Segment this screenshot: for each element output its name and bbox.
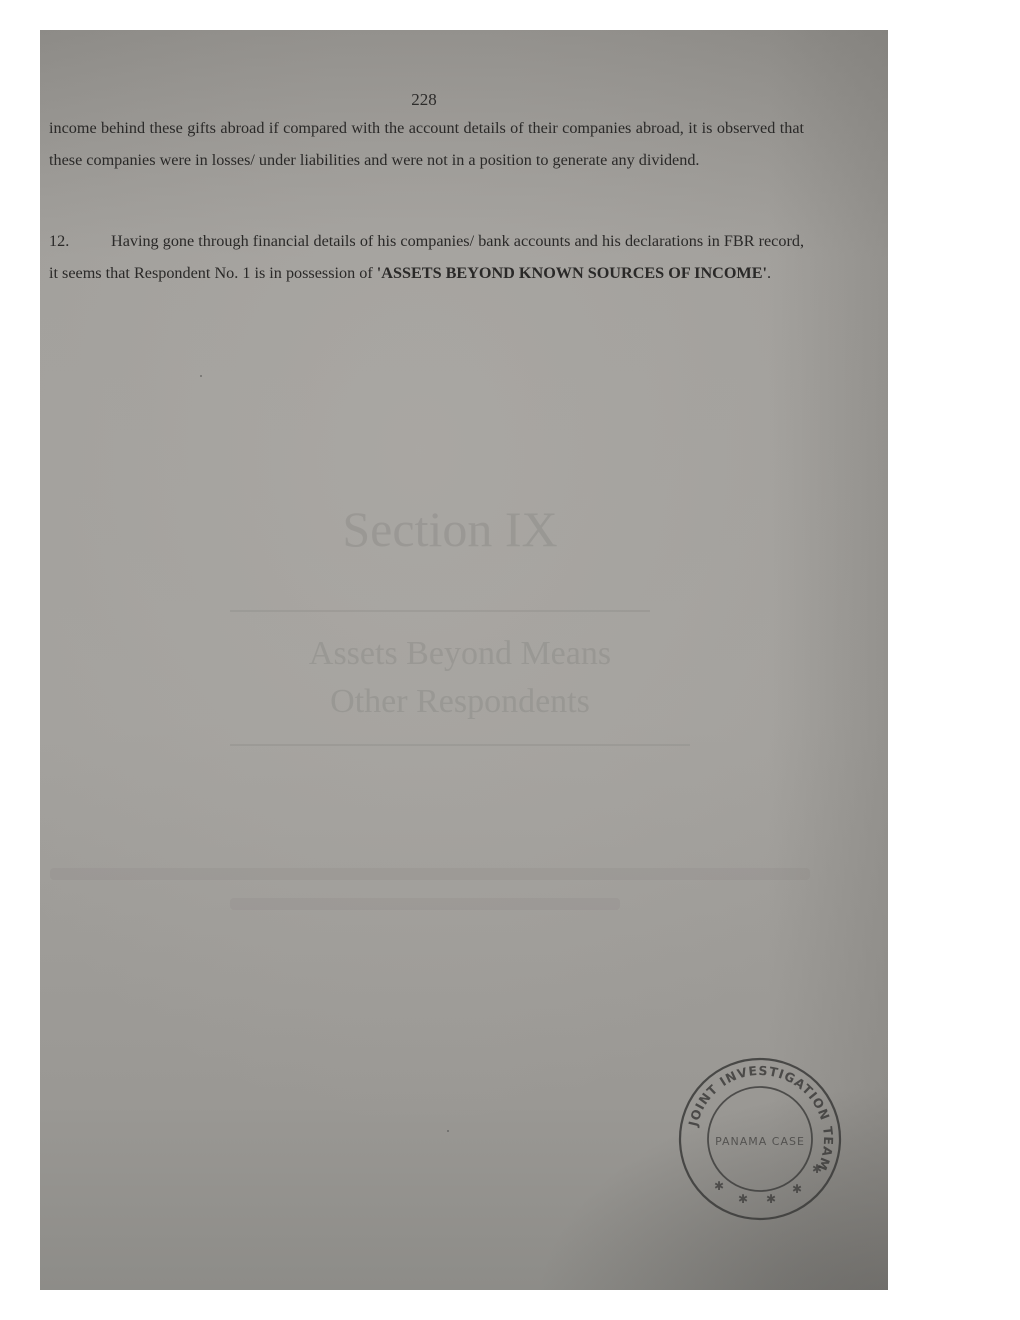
bleed-through-subtitle: Assets Beyond Means Other Respondents [200, 630, 720, 726]
bleed-through-text-line [50, 868, 810, 880]
svg-text:✱: ✱ [738, 1192, 748, 1206]
bleed-through-rule [230, 744, 690, 746]
svg-text:✱: ✱ [714, 1179, 724, 1193]
paper-speck [200, 375, 202, 377]
jit-stamp: JOINT INVESTIGATION TEAM PANAMA CASE ✱ ✱… [676, 1055, 844, 1223]
bleed-through-subtitle-line-2: Other Respondents [200, 678, 720, 726]
paragraph-number: 12. [49, 225, 111, 257]
bleed-through-subtitle-line-1: Assets Beyond Means [200, 630, 720, 678]
svg-text:✱: ✱ [792, 1182, 802, 1196]
paper-speck [447, 1130, 449, 1132]
paragraph-trailing: . [767, 264, 771, 282]
page-number: 228 [40, 90, 808, 110]
scanned-page-photo: 228 income behind these gifts abroad if … [40, 30, 888, 1290]
stamp-seal-icon: JOINT INVESTIGATION TEAM PANAMA CASE ✱ ✱… [676, 1055, 844, 1223]
bleed-through-text-line [230, 898, 620, 910]
bleed-through-rule [230, 610, 650, 612]
paragraph-12: 12.Having gone through financial details… [49, 225, 804, 289]
paragraph-continuation: income behind these gifts abroad if comp… [49, 112, 804, 176]
bleed-through-title: Section IX [240, 500, 660, 558]
paragraph-emphasis: 'ASSETS BEYOND KNOWN SOURCES OF INCOME' [377, 264, 767, 282]
paragraph-text: income behind these gifts abroad if comp… [49, 119, 804, 169]
svg-text:✱: ✱ [812, 1162, 822, 1176]
svg-text:PANAMA CASE: PANAMA CASE [715, 1135, 805, 1148]
svg-text:✱: ✱ [766, 1192, 776, 1206]
